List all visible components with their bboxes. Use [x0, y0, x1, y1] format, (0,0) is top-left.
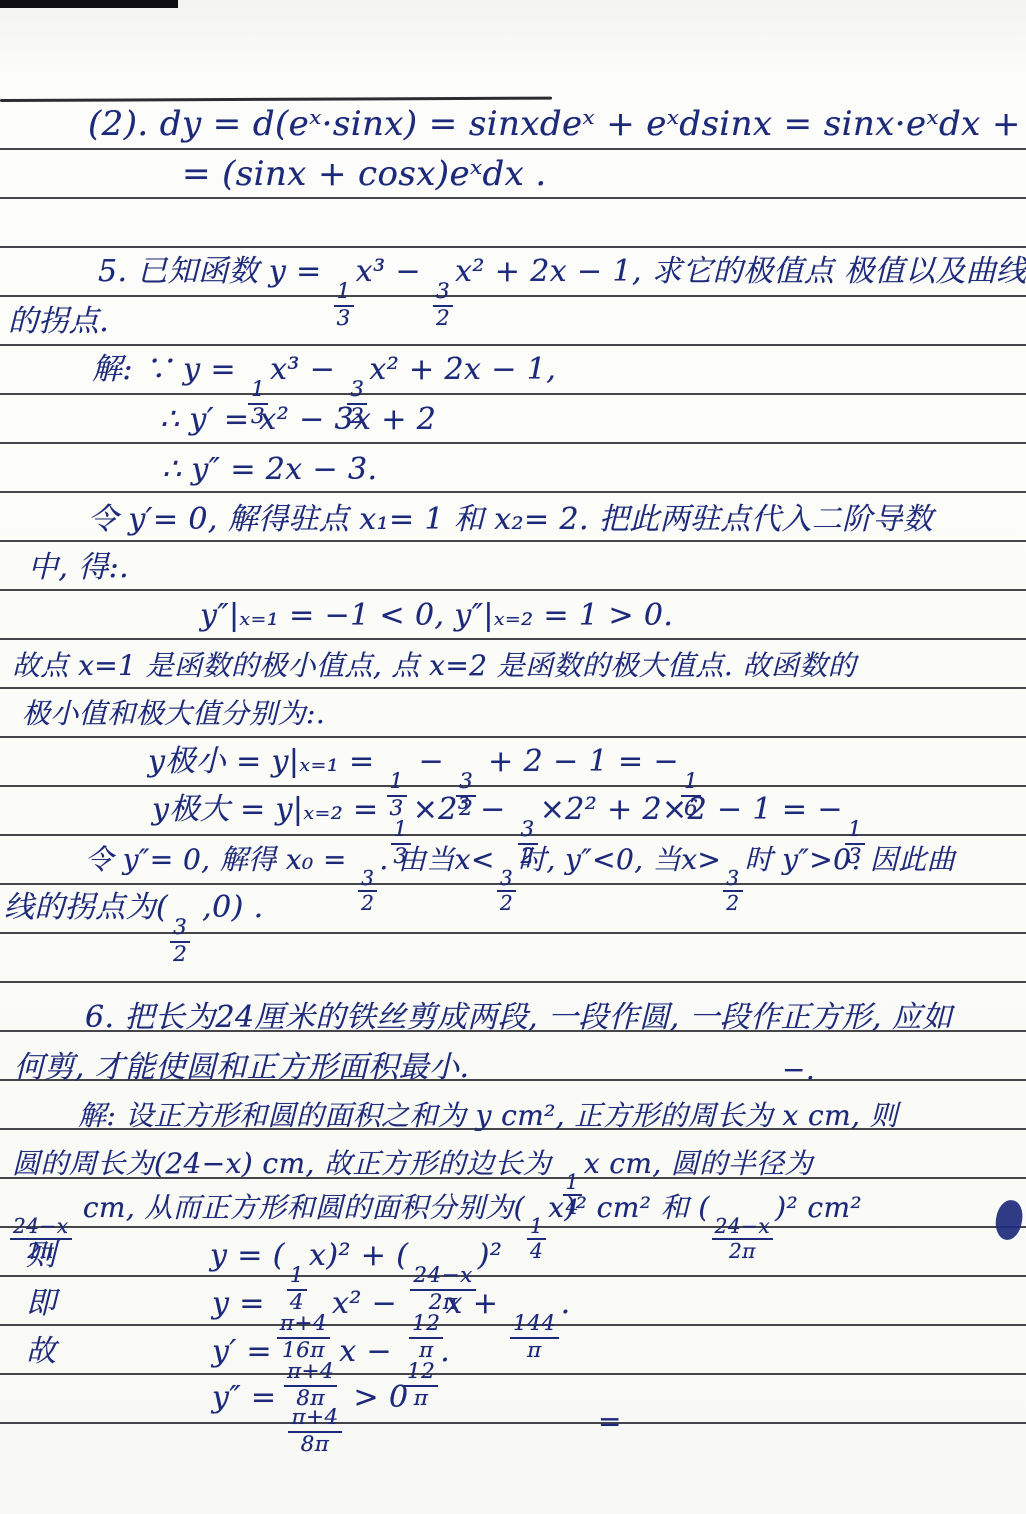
- label-so: 故: [26, 1330, 56, 1374]
- p5-first-derivative: ∴ y′ = x² − 3x + 2: [160, 398, 436, 442]
- p5-second-derivative-values: y″|ₓ₌₁ = −1 < 0, y″|ₓ₌₂ = 1 > 0.: [200, 594, 673, 638]
- p5-extrema-classification-cont: 极小值和极大值分别为:.: [22, 692, 325, 736]
- p2-result-line: = (sinx + cosx)eˣdx .: [182, 152, 547, 196]
- p5-inflection-point: 线的拐点为(32 ,0) .: [4, 886, 264, 966]
- stray-dash-mark: −.: [782, 1048, 815, 1092]
- stray-equals-mark: =: [598, 1400, 622, 1444]
- label-then: 则: [26, 1234, 56, 1278]
- p6-setup-line1: 解: 设正方形和圆的面积之和为 y cm², 正方形的周长为 x cm, 则: [78, 1094, 898, 1138]
- p5-statement-line2: 的拐点.: [8, 300, 109, 344]
- p6-statement-line2: 何剪, 才能使圆和正方形面积最小.: [14, 1046, 469, 1090]
- scan-edge-artifact: [0, 0, 178, 8]
- p5-second-derivative: ∴ y″ = 2x − 3.: [162, 448, 377, 492]
- p2-derivative-line: (2). dy = d(eˣ·sinx) = sinxdeˣ + eˣdsinx…: [88, 102, 1026, 146]
- p5-stationary-points-cont: 中, 得:.: [28, 546, 129, 590]
- p5-statement-line1: 5. 已知函数 y = 13x³ − 32x² + 2x − 1, 求它的极值点…: [98, 250, 1026, 330]
- p5-extrema-classification: 故点 x=1 是函数的极小值点, 点 x=2 是函数的极大值点. 故函数的: [12, 644, 856, 688]
- notebook-page: (2). dy = d(eˣ·sinx) = sinxdeˣ + eˣdsinx…: [0, 0, 1026, 1514]
- label-namely: 即: [26, 1282, 56, 1326]
- p6-second-derivative: y″ = π+48π > 0: [212, 1376, 409, 1456]
- p6-statement-line1: 6. 把长为24厘米的铁丝剪成两段, 一段作圆, 一段作正方形, 应如: [85, 996, 953, 1040]
- p5-stationary-points: 令 y′= 0, 解得驻点 x₁= 1 和 x₂= 2. 把此两驻点代入二阶导数: [88, 498, 933, 542]
